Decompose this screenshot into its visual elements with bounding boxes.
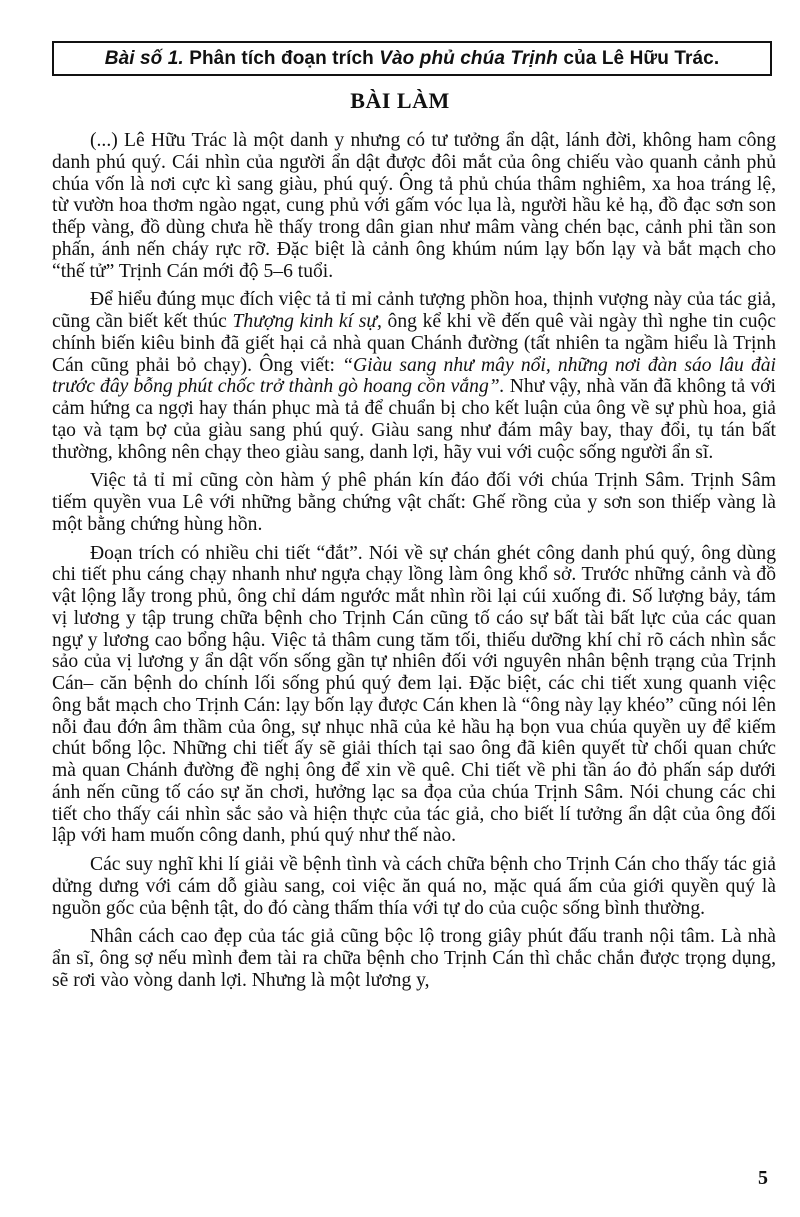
italic-quote: Thượng kinh kí sự, (233, 311, 382, 332)
text-segment: Các suy nghĩ khi lí giải về bệnh tình và… (52, 854, 776, 919)
text-segment: (...) Lê Hữu Trác là một danh y nhưng có… (52, 130, 776, 282)
exercise-label: Bài số 1. (105, 48, 184, 70)
text-segment: Đoạn trích có nhiều chi tiết “đắt”. Nói … (52, 543, 776, 847)
essay-body: (...) Lê Hữu Trác là một danh y nhưng có… (52, 130, 776, 999)
work-title: Vào phủ chúa Trịnh (379, 48, 558, 70)
paragraph: (...) Lê Hữu Trác là một danh y nhưng có… (52, 130, 776, 282)
paragraph: Để hiểu đúng mục đích việc tả tỉ mỉ cảnh… (52, 289, 776, 463)
paragraph: Đoạn trích có nhiều chi tiết “đắt”. Nói … (52, 543, 776, 848)
paragraph: Các suy nghĩ khi lí giải về bệnh tình và… (52, 854, 776, 919)
title-prefix: Phân tích đoạn trích (189, 48, 374, 70)
section-heading: BÀI LÀM (0, 88, 800, 114)
title-suffix: của Lê Hữu Trác. (563, 48, 719, 70)
text-segment: Nhân cách cao đẹp của tác giả cũng bộc l… (52, 926, 776, 991)
page-number: 5 (758, 1167, 768, 1190)
text-segment: Việc tả tỉ mỉ cũng còn hàm ý phê phán kí… (52, 470, 776, 535)
paragraph: Nhân cách cao đẹp của tác giả cũng bộc l… (52, 926, 776, 991)
paragraph: Việc tả tỉ mỉ cũng còn hàm ý phê phán kí… (52, 470, 776, 535)
exercise-title-box: Bài số 1. Phân tích đoạn trích Vào phủ c… (52, 41, 772, 76)
